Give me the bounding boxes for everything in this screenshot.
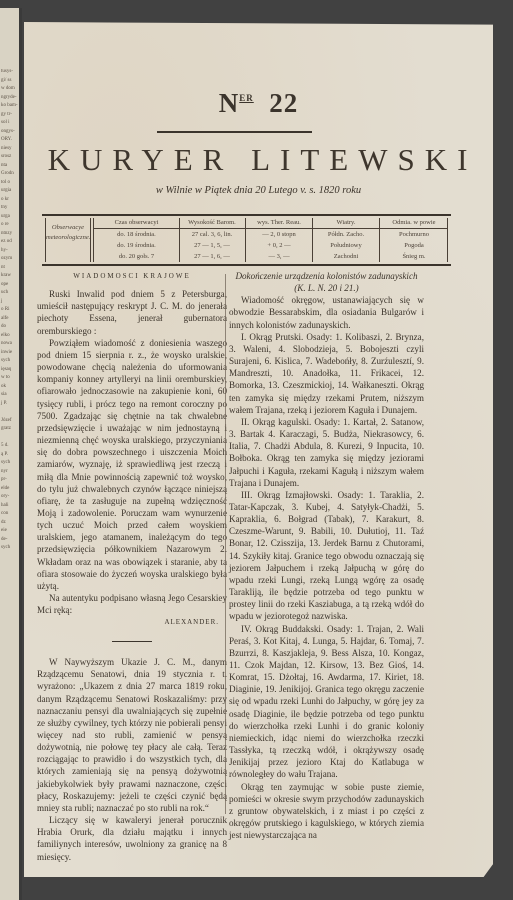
issue-number: NER 22 — [24, 88, 493, 119]
article-paragraph: Na autentyku podpisano własną Jego Cesar… — [37, 592, 227, 616]
weather-label-col: Obserwacye meteorologiczne. — [46, 218, 91, 262]
weather-col-thermometer: wys. Ther. Reau. — 2, 0 stopn + 0, 2 — —… — [246, 218, 313, 262]
masthead-rule — [157, 131, 312, 133]
weather-cell: do. 18 środnia. — [94, 229, 179, 240]
weather-col-time: Czas obserwacyi do. 18 środnia. do. 19 ś… — [93, 218, 180, 262]
column-divider — [225, 274, 226, 814]
dateline: w Wilnie w Piątek dnia 20 Lutego v. s. 1… — [24, 185, 493, 196]
weather-header: Czas obserwacyi — [94, 218, 179, 229]
weather-cell: Pogoda — [380, 240, 448, 251]
article-paragraph: Ruski Inwalid pod dniem 5 z Petersburga,… — [37, 288, 227, 337]
weather-cell: Zachodni — [313, 251, 379, 262]
article-paragraph: IV. Okrąg Buddakski. Osady: 1. Trajan, 2… — [229, 623, 424, 781]
article-paragraph: Liczący się w kawaleryi jenerał poruczni… — [37, 814, 227, 863]
weather-header: Wysokość Barom. — [179, 218, 245, 229]
adjacent-page-edge: tusys- gi/ ss w dom ngryde- ko bam- gy t… — [0, 8, 22, 900]
weather-header: Odmia. w powie — [380, 218, 448, 229]
signature: ALEXANDER. — [37, 616, 227, 628]
issue-number-prefix: N — [219, 88, 240, 118]
book-spine — [19, 8, 22, 900]
article-paragraph: W Naywyższym Ukazie J. C. M., danym Rząd… — [37, 656, 227, 814]
article-paragraph: I. Okrąg Prutski. Osady: 1. Kolibaszi, 2… — [229, 331, 424, 416]
weather-header: Wiatry. — [313, 218, 379, 229]
column-right: Dokończenie urządzenia kolonistów zaduna… — [229, 270, 424, 841]
article-paragraph: III. Okrąg Izmajłowski. Osady: 1. Tarakl… — [229, 489, 424, 623]
weather-cell: Półdn. Zacho. — [313, 229, 379, 240]
article-paragraph: Wiadomość okręgow, ustanawiających się w… — [229, 294, 424, 330]
weather-cell: Śnieg m. — [380, 251, 448, 262]
article-paragraph: Okrąg ten zaymując w sobie puste ziemie,… — [229, 781, 424, 842]
weather-cell: 27 cal. 3, 6, lin. — [179, 229, 245, 240]
article-separator — [112, 641, 152, 643]
article-heading: Dokończenie urządzenia kolonistów zaduna… — [229, 270, 424, 294]
weather-cell: do. 20 gołs. 7 — [94, 251, 179, 262]
weather-col-winds: Wiatry. Półdn. Zacho. Południowy Zachodn… — [313, 218, 380, 262]
weather-cell: Południowy — [313, 240, 379, 251]
weather-cell: — 2, 0 stopn — [246, 229, 312, 240]
weather-table: Obserwacye meteorologiczne. Czas obserwa… — [42, 214, 451, 266]
weather-cell: + 0, 2 — — [246, 240, 312, 251]
weather-cell: 27 — 1, 5, — — [179, 240, 245, 251]
article-paragraph: II. Okrąg kagulski. Osady: 1. Kartał, 2.… — [229, 416, 424, 489]
issue-number-value: 22 — [269, 88, 298, 118]
weather-header: wys. Ther. Reau. — [246, 218, 312, 229]
weather-cell: 27 — 1, 6, — — [179, 251, 245, 262]
section-heading: WIADOMOSCI KRAJOWE — [37, 270, 227, 282]
newspaper-page: NER 22 KURYER LITEWSKI w Wilnie w Piątek… — [24, 22, 493, 877]
weather-cell: — 3, — — [246, 251, 312, 262]
weather-col-conditions: Odmia. w powie Pochmurno Pogoda Śnieg m. — [380, 218, 448, 262]
adjacent-page-text: tusys- gi/ ss w dom ngryde- ko bam- gy t… — [1, 68, 19, 553]
weather-cell: Pochmurno — [380, 229, 448, 240]
weather-label: Obserwacye meteorologiczne. — [46, 218, 90, 243]
issue-number-sup: ER — [239, 93, 254, 103]
weather-cell: do. 19 środnia. — [94, 240, 179, 251]
weather-col-barometer: Wysokość Barom. 27 cal. 3, 6, lin. 27 — … — [179, 218, 246, 262]
article-paragraph: Powziąłem wiadomość z doniesienia waszeg… — [37, 337, 227, 592]
column-left: WIADOMOSCI KRAJOWE Ruski Inwalid pod dni… — [37, 270, 227, 863]
newspaper-title: KURYER LITEWSKI — [24, 142, 493, 178]
